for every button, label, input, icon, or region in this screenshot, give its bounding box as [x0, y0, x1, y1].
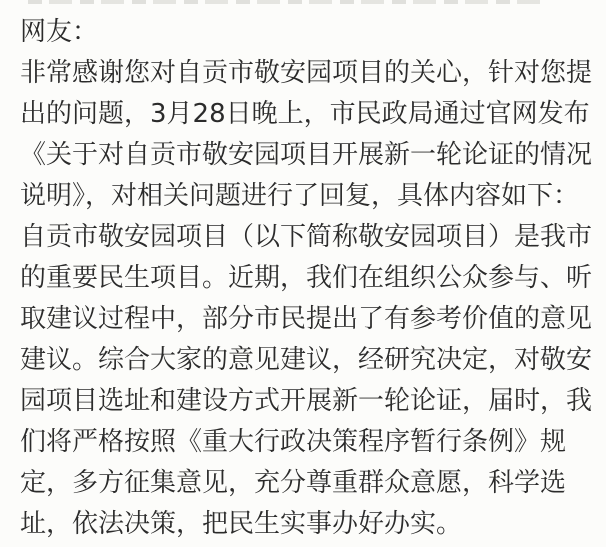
text-line: 《关于对自贡市敬安园项目开展新一轮论证的情况	[20, 135, 598, 176]
text-line: 的重要民生项目。近期，我们在组织公众参与、听	[20, 258, 598, 299]
text-line: 取建议过程中，部分市民提出了有参考价值的意见	[20, 299, 598, 340]
text-line: 园项目选址和建设方式开展新一轮论证，届时，我	[20, 381, 598, 422]
text-line: 们将严格按照《重大行政决策程序暂行条例》规	[20, 422, 598, 463]
text-line: 定，多方征集意见，充分尊重群众意愿，科学选	[20, 463, 598, 504]
salutation-line: 网友：	[20, 12, 598, 53]
article-body: 网友： 非常感谢您对自贡市敬安园项目的关心，针对您提 出的问题，3月28日晚上，…	[20, 12, 598, 545]
text-line: 建议。综合大家的意见建议，经研究决定，对敬安	[20, 340, 598, 381]
text-line: 址，依法决策，把民生实事办好办实。	[20, 504, 598, 545]
text-line: 出的问题，3月28日晚上，市民政局通过官网发布	[20, 94, 598, 135]
text-line: 说明》，对相关问题进行了回复，具体内容如下：	[20, 176, 598, 217]
text-line: 自贡市敬安园项目（以下简称敬安园项目）是我市	[20, 217, 598, 258]
clipped-text-remnant	[28, 0, 548, 4]
article-page: 网友： 非常感谢您对自贡市敬安园项目的关心，针对您提 出的问题，3月28日晚上，…	[0, 0, 606, 547]
text-line: 非常感谢您对自贡市敬安园项目的关心，针对您提	[20, 53, 598, 94]
